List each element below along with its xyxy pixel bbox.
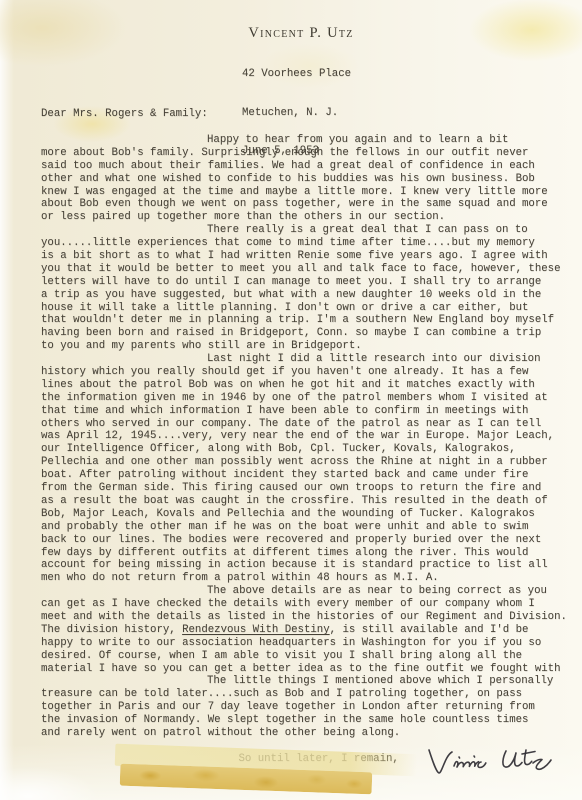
- underlined-book-title: Rendezvous With Destiny: [182, 624, 330, 636]
- body-line: more about Bob's family. Surprisingly en…: [41, 147, 582, 160]
- body-line: There really is a great deal that I can …: [41, 224, 582, 237]
- body-line: men who do not return from a patrol with…: [41, 572, 582, 585]
- body-line: few days by different outfits at differe…: [41, 547, 582, 560]
- body-line: letters will have to do until I can mana…: [41, 276, 582, 289]
- body-line: treasure can be told later....such as Bo…: [41, 688, 582, 701]
- address-line-city: Metuchen, N. J.: [242, 107, 351, 120]
- body-line: you.....little experiences that come to …: [41, 237, 582, 250]
- body-line: Pellechia and one other man possibly wen…: [41, 456, 582, 469]
- paragraph: There really is a great deal that I can …: [41, 224, 582, 353]
- body-line: to you and my parents who still are in B…: [41, 340, 582, 353]
- salutation: Dear Mrs. Rogers & Family:: [41, 108, 208, 120]
- address-line-street: 42 Voorhees Place: [242, 68, 351, 81]
- body-line: the information given me in 1946 by one …: [41, 392, 582, 405]
- body-line: that time and which information I have b…: [41, 405, 582, 418]
- body-line: or less paired up together more than the…: [41, 211, 582, 224]
- body-line: lines about the patrol Bob was on when h…: [41, 379, 582, 392]
- body-line: Bob, Major Leach, Kovals and Pellechia a…: [41, 508, 582, 521]
- body-line: can get as I have checked the details wi…: [41, 598, 582, 611]
- letter-page: Vincent P. Utz 42 Voorhees Place Metuche…: [0, 0, 582, 800]
- body-line: desired. Of course, when I am able to vi…: [41, 650, 582, 663]
- body-line: as a result the boat was caught in the c…: [41, 495, 582, 508]
- paragraph: Happy to hear from you again and to lear…: [41, 134, 582, 224]
- body-line: you that it would be better to meet you …: [41, 263, 582, 276]
- body-line: The little things I mentioned above whic…: [41, 675, 582, 688]
- body-line: having been born and raised in Bridgepor…: [41, 327, 582, 340]
- handwritten-signature: [424, 746, 554, 784]
- body-line: about Bob even though we went on pass to…: [41, 198, 582, 211]
- body-line: together in Paris and our 7 day leave to…: [41, 701, 582, 714]
- body-line: from the German side. This firing caused…: [41, 482, 582, 495]
- body-line: is a bit short as to what I had written …: [41, 250, 582, 263]
- body-line: account for being missing in action beca…: [41, 559, 582, 572]
- body-line: the invasion of Normandy. We slept toget…: [41, 714, 582, 727]
- body-line: boat. After patroling without incident t…: [41, 469, 582, 482]
- body-line: The division history, Rendezvous With De…: [41, 624, 582, 637]
- body-line: The above details are as near to being c…: [41, 585, 582, 598]
- body-line: Last night I did a little research into …: [41, 353, 582, 366]
- body-line: others who served in our company. The da…: [41, 418, 582, 431]
- paragraph: The above details are as near to being c…: [41, 585, 582, 675]
- body-line: was April 12, 1945....very, very near th…: [41, 430, 582, 443]
- body-line: and rarely went on patrol without the ot…: [41, 727, 582, 740]
- body-line: knew I was engaged at the time and maybe…: [41, 186, 582, 199]
- paragraph: Last night I did a little research into …: [41, 353, 582, 585]
- body-line: Happy to hear from you again and to lear…: [41, 134, 582, 147]
- body-line: said too much about their families. We h…: [41, 160, 582, 173]
- body-line: back to our lines. The bodies were recov…: [41, 534, 582, 547]
- body-line: meet and with the details as listed in t…: [41, 611, 582, 624]
- body-line: history which you really should get if y…: [41, 366, 582, 379]
- body-line: a trip as you have suggested, but what w…: [41, 289, 582, 302]
- body-line: material I have so you can get a better …: [41, 663, 582, 676]
- body-line: and probably the other man if he was on …: [41, 521, 582, 534]
- body-line: happy to write to our association headqu…: [41, 637, 582, 650]
- body-line: that wouldn't deter me in planning a tri…: [41, 314, 582, 327]
- body-line: house it will take a little planning. I …: [41, 302, 582, 315]
- letter-body: Happy to hear from you again and to lear…: [41, 134, 582, 753]
- body-line: other and what one wished to confide to …: [41, 173, 582, 186]
- letterhead-name: Vincent P. Utz: [0, 25, 582, 42]
- body-line: our Intelligence Officer, along with Bob…: [41, 443, 582, 456]
- paragraph: The little things I mentioned above whic…: [41, 675, 582, 739]
